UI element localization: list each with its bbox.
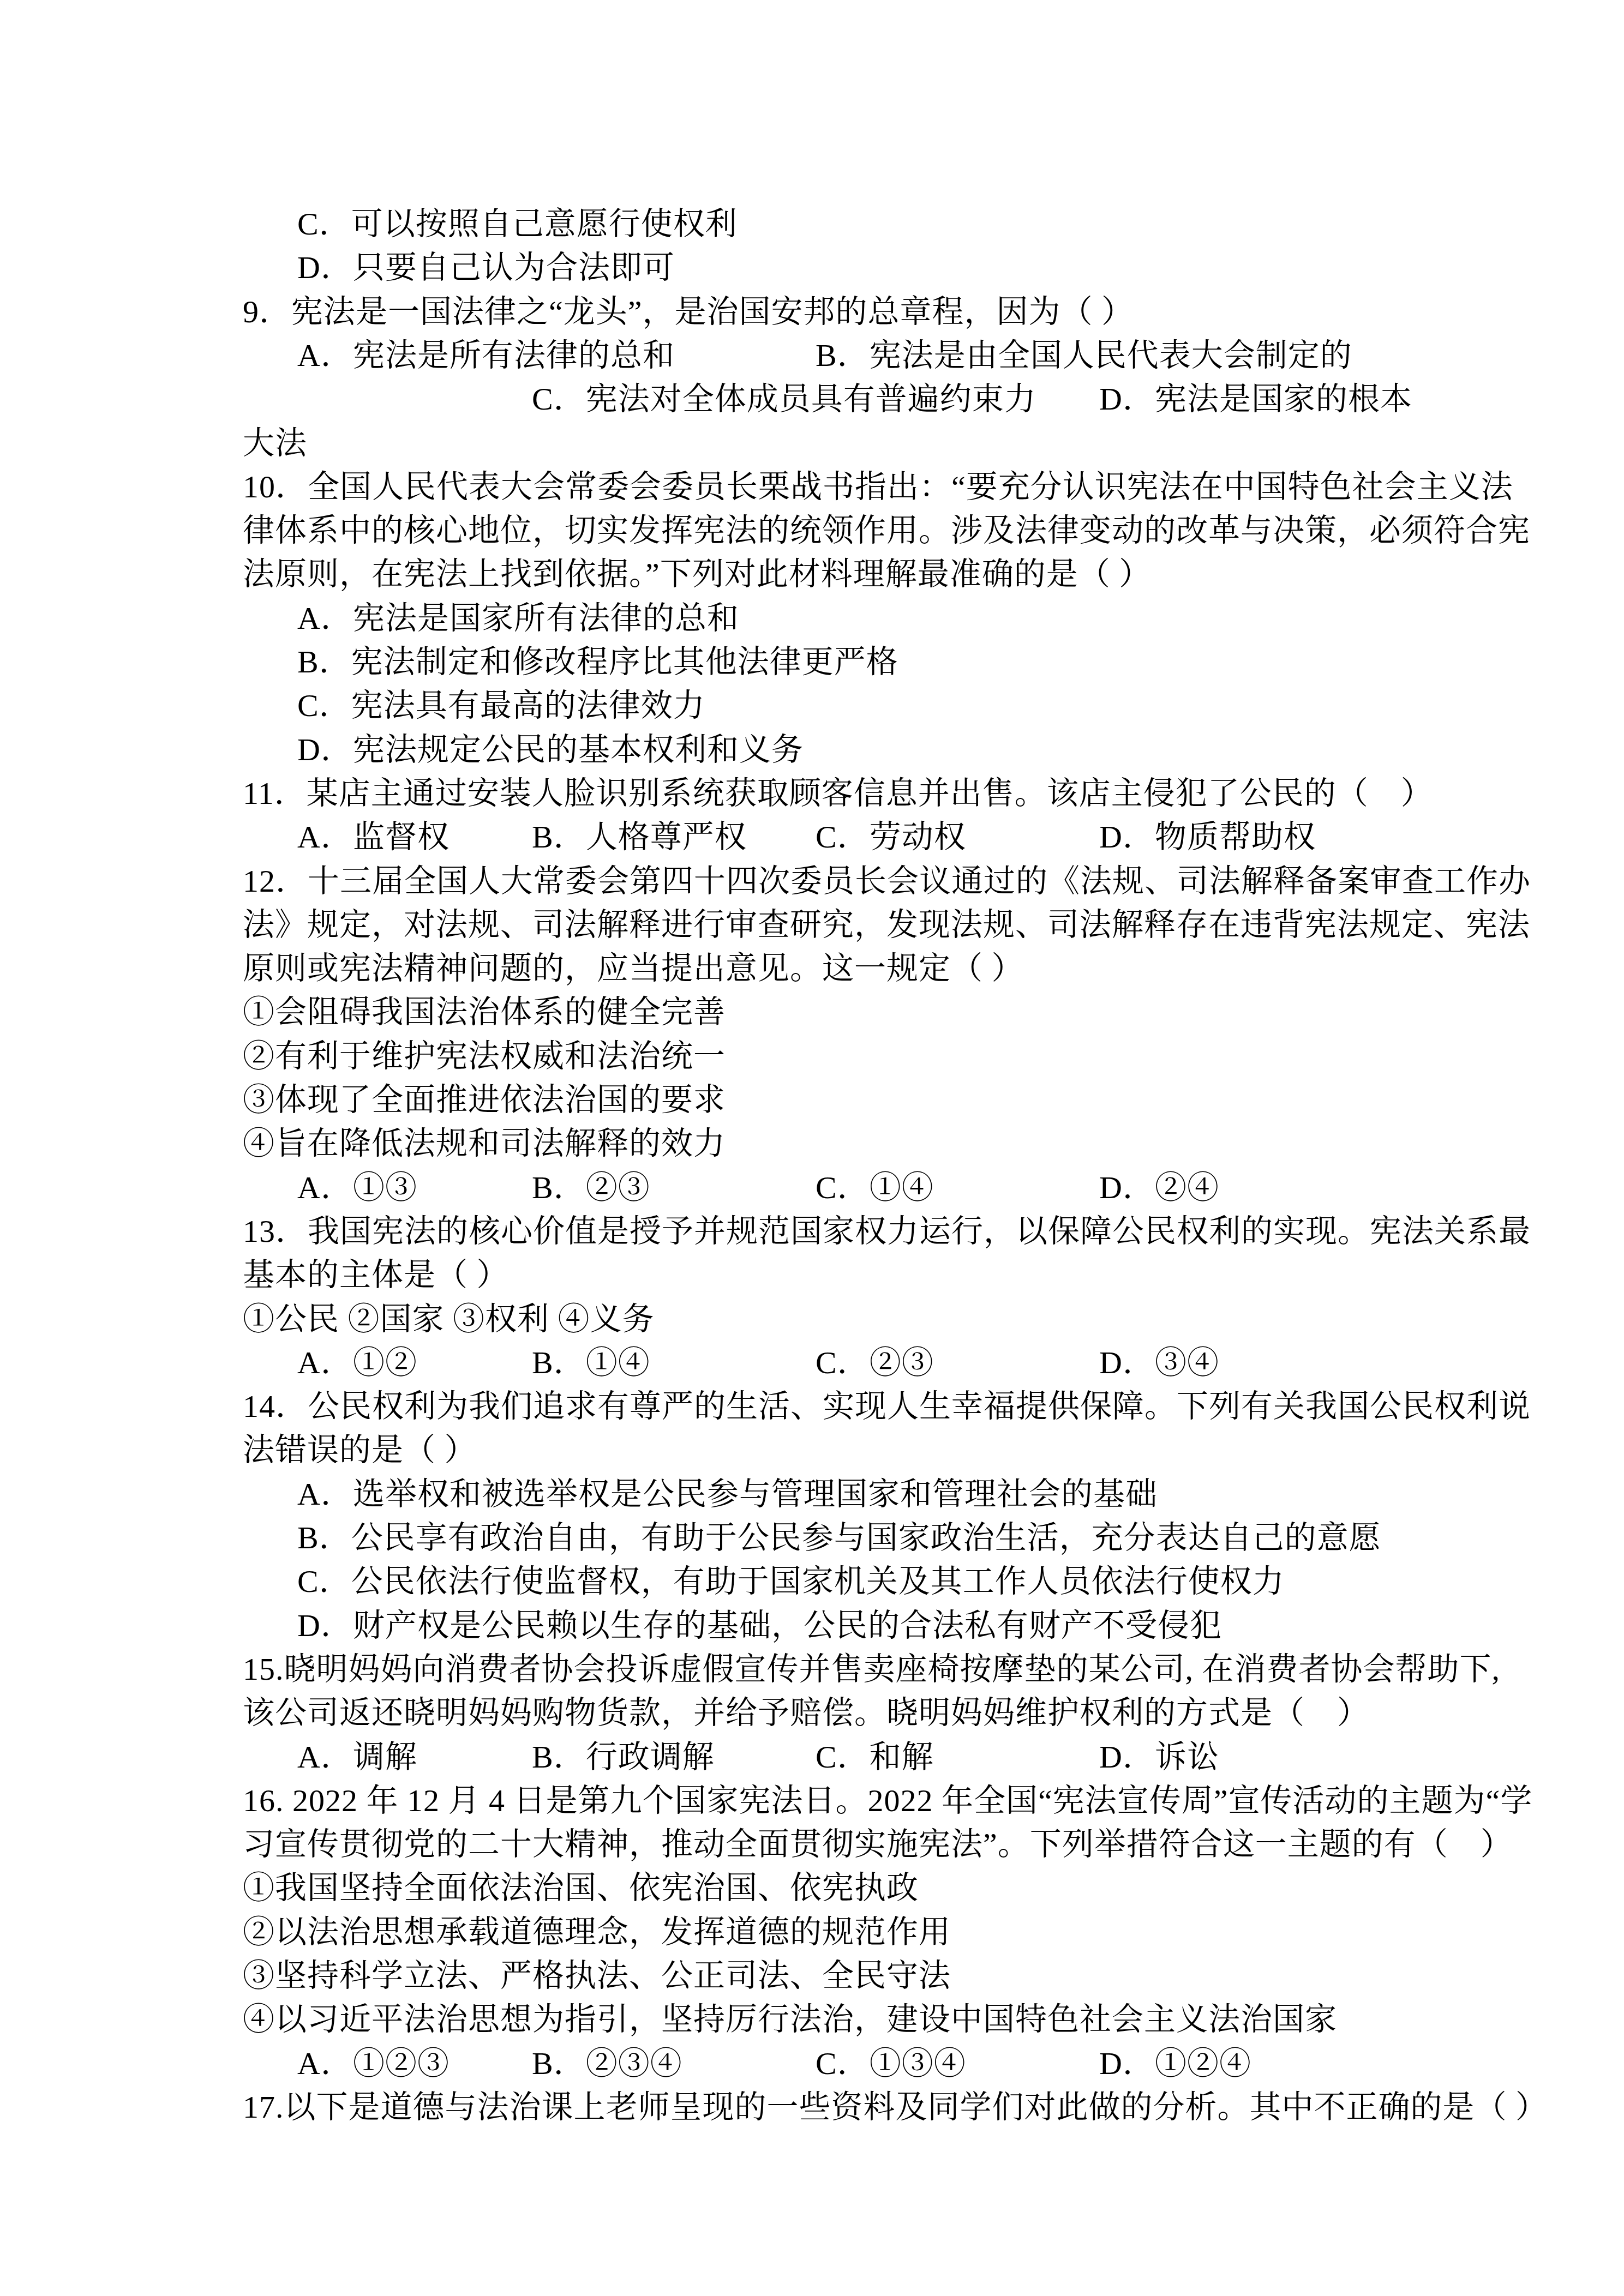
text-segment: ③坚持科学立法、严格执法、公正司法、全民守法 xyxy=(243,1954,951,1998)
text-segment: 习宣传贯彻党的二十大精神，推动全面贯彻实施宪法”。下列举措符合这一主题的有（ ） xyxy=(243,1822,1513,1866)
q8-option-d: D．只要自己认为合法即可 xyxy=(0,245,1624,290)
text-segment: 律体系中的核心地位，切实发挥宪法的统领作用。涉及法律变动的改革与决策，必须符合宪 xyxy=(243,508,1530,552)
q9-options-row-1: A．宪法是所有法律的总和B．宪法是由全国人民代表大会制定的 xyxy=(0,333,1624,377)
text-segment: C．②③ xyxy=(816,1341,934,1385)
document-page: C．可以按照自己意愿行使权利D．只要自己认为合法即可9．宪法是一国法律之“龙头”… xyxy=(0,0,1624,2296)
q11-options-row: A．监督权B．人格尊严权C．劳动权D．物质帮助权 xyxy=(0,815,1624,859)
text-segment: A．宪法是所有法律的总和 xyxy=(297,333,675,377)
text-segment: B．②③④ xyxy=(532,2041,682,2085)
text-segment: C．宪法对全体成员具有普遍约束力 xyxy=(532,377,1036,421)
q12-stem-line-2: 法》规定，对法规、司法解释进行审查研究，发现法规、司法解释存在违背宪法规定、宪法 xyxy=(0,903,1624,947)
text-segment: 12．十三届全国人大常委会第四十四次委员长会议通过的《法规、司法解释备案审查工作… xyxy=(243,859,1531,903)
text-segment: D．①②④ xyxy=(1099,2041,1251,2085)
q10-option-a: A．宪法是国家所有法律的总和 xyxy=(0,596,1624,640)
text-segment: ③体现了全面推进依法治国的要求 xyxy=(243,1078,726,1122)
q14-option-c: C．公民依法行使监督权，有助于国家机关及其工作人员依法行使权力 xyxy=(0,1559,1624,1603)
q12-options-row: A．①③B．②③C．①④D．②④ xyxy=(0,1165,1624,1210)
text-segment: D．财产权是公民赖以生存的基础，公民的合法私有财产不受侵犯 xyxy=(297,1603,1222,1648)
text-segment: D．诉讼 xyxy=(1099,1735,1219,1779)
q13-options-row: A．①②B．①④C．②③D．③④ xyxy=(0,1341,1624,1385)
q13-items-row: ①公民 ②国家 ③权利 ④义务 xyxy=(0,1297,1624,1341)
q12-stem-line-3: 原则或宪法精神问题的，应当提出意见。这一规定（ ） xyxy=(0,946,1624,990)
text-segment: C．劳动权 xyxy=(816,815,966,859)
text-segment: A．选举权和被选举权是公民参与管理国家和管理社会的基础 xyxy=(297,1472,1158,1516)
text-segment: C．可以按照自己意愿行使权利 xyxy=(297,202,738,246)
text-segment: 17.以下是道德与法治课上老师呈现的一些资料及同学们对此做的分析。其中不正确的是… xyxy=(243,2085,1548,2129)
text-segment: B．行政调解 xyxy=(532,1735,715,1779)
text-segment: 法错误的是（ ） xyxy=(243,1428,477,1472)
text-segment: B．宪法是由全国人民代表大会制定的 xyxy=(816,333,1352,377)
text-segment: A．①③ xyxy=(297,1165,417,1210)
q13-stem-line-2: 基本的主体是（ ） xyxy=(0,1253,1624,1297)
text-segment: B．公民享有政治自由，有助于公民参与国家政治生活，充分表达自己的意愿 xyxy=(297,1516,1381,1560)
q10-stem-line-1: 10．全国人民代表大会常委会委员长栗战书指出：“要充分认识宪法在中国特色社会主义… xyxy=(0,465,1624,509)
text-segment: ①我国坚持全面依法治国、依宪治国、依宪执政 xyxy=(243,1866,919,1910)
q10-option-d: D．宪法规定公民的基本权利和义务 xyxy=(0,728,1624,772)
text-segment: C．①③④ xyxy=(816,2041,966,2085)
text-segment: A．①② xyxy=(297,1341,417,1385)
text-segment: B．①④ xyxy=(532,1341,650,1385)
q9-stem: 9．宪法是一国法律之“龙头”，是治国安邦的总章程，因为（ ） xyxy=(0,290,1624,334)
text-segment: B．②③ xyxy=(532,1165,650,1210)
text-segment: B．宪法制定和修改程序比其他法律更严格 xyxy=(297,640,898,684)
q12-item-4: ④旨在降低法规和司法解释的效力 xyxy=(0,1121,1624,1165)
text-segment: 14．公民权利为我们追求有尊严的生活、实现人生幸福提供保障。下列有关我国公民权利… xyxy=(243,1384,1531,1428)
text-segment: 法》规定，对法规、司法解释进行审查研究，发现法规、司法解释存在违背宪法规定、宪法 xyxy=(243,903,1530,947)
q16-item-3: ③坚持科学立法、严格执法、公正司法、全民守法 xyxy=(0,1954,1624,1998)
text-segment: A．①②③ xyxy=(297,2041,450,2085)
text-segment: ①会阻碍我国法治体系的健全完善 xyxy=(243,990,726,1034)
q9-options-row-2: C．宪法对全体成员具有普遍约束力D．宪法是国家的根本 xyxy=(0,377,1624,421)
text-segment: D．宪法规定公民的基本权利和义务 xyxy=(297,728,804,772)
text-segment: A．宪法是国家所有法律的总和 xyxy=(297,596,739,640)
text-segment: 原则或宪法精神问题的，应当提出意见。这一规定（ ） xyxy=(243,946,1024,990)
q15-options-row: A．调解B．行政调解C．和解D．诉讼 xyxy=(0,1735,1624,1779)
text-segment: 10．全国人民代表大会常委会委员长栗战书指出：“要充分认识宪法在中国特色社会主义… xyxy=(243,465,1513,509)
q9-option-d-wrap: 大法 xyxy=(0,421,1624,465)
text-segment: 法原则，在宪法上找到依据。”下列对此材料理解最准确的是（ ） xyxy=(243,552,1151,596)
q10-option-b: B．宪法制定和修改程序比其他法律更严格 xyxy=(0,640,1624,684)
text-segment: ②有利于维护宪法权威和法治统一 xyxy=(243,1034,726,1078)
q13-stem-line-1: 13．我国宪法的核心价值是授予并规范国家权力运行，以保障公民权利的实现。宪法关系… xyxy=(0,1209,1624,1253)
text-segment: ④旨在降低法规和司法解释的效力 xyxy=(243,1121,726,1165)
q15-stem-line-1: 15.晓明妈妈向消费者协会投诉虚假宣传并售卖座椅按摩垫的某公司, 在消费者协会帮… xyxy=(0,1647,1624,1691)
q14-option-b: B．公民享有政治自由，有助于公民参与国家政治生活，充分表达自己的意愿 xyxy=(0,1516,1624,1560)
q14-stem-line-2: 法错误的是（ ） xyxy=(0,1428,1624,1472)
q14-option-a: A．选举权和被选举权是公民参与管理国家和管理社会的基础 xyxy=(0,1472,1624,1516)
q11-stem: 11．某店主通过安装人脸识别系统获取顾客信息并出售。该店主侵犯了公民的（ ） xyxy=(0,771,1624,815)
text-segment: B．人格尊严权 xyxy=(532,815,747,859)
q16-stem-line-2: 习宣传贯彻党的二十大精神，推动全面贯彻实施宪法”。下列举措符合这一主题的有（ ） xyxy=(0,1822,1624,1866)
q16-stem-line-1: 16. 2022 年 12 月 4 日是第九个国家宪法日。2022 年全国“宪法… xyxy=(0,1778,1624,1823)
text-segment: D．宪法是国家的根本 xyxy=(1099,377,1412,421)
q10-stem-line-3: 法原则，在宪法上找到依据。”下列对此材料理解最准确的是（ ） xyxy=(0,552,1624,596)
text-segment: 大法 xyxy=(243,421,307,465)
text-segment: 13．我国宪法的核心价值是授予并规范国家权力运行，以保障公民权利的实现。宪法关系… xyxy=(243,1209,1531,1253)
text-segment: D．③④ xyxy=(1099,1341,1219,1385)
text-segment: D．②④ xyxy=(1099,1165,1219,1210)
q16-item-2: ②以法治思想承载道德理念，发挥道德的规范作用 xyxy=(0,1910,1624,1954)
q17-stem: 17.以下是道德与法治课上老师呈现的一些资料及同学们对此做的分析。其中不正确的是… xyxy=(0,2085,1624,2129)
text-segment: ②以法治思想承载道德理念，发挥道德的规范作用 xyxy=(243,1910,951,1954)
q12-item-1: ①会阻碍我国法治体系的健全完善 xyxy=(0,990,1624,1034)
q8-option-c: C．可以按照自己意愿行使权利 xyxy=(0,202,1624,246)
text-segment: 15.晓明妈妈向消费者协会投诉虚假宣传并售卖座椅按摩垫的某公司, 在消费者协会帮… xyxy=(243,1647,1500,1691)
q16-item-1: ①我国坚持全面依法治国、依宪治国、依宪执政 xyxy=(0,1866,1624,1910)
q10-stem-line-2: 律体系中的核心地位，切实发挥宪法的统领作用。涉及法律变动的改革与决策，必须符合宪 xyxy=(0,508,1624,552)
q12-item-3: ③体现了全面推进依法治国的要求 xyxy=(0,1078,1624,1122)
text-segment: C．宪法具有最高的法律效力 xyxy=(297,683,705,728)
text-segment: A．监督权 xyxy=(297,815,450,859)
text-segment: A．调解 xyxy=(297,1735,417,1779)
text-segment: 9．宪法是一国法律之“龙头”，是治国安邦的总章程，因为（ ） xyxy=(243,290,1134,334)
q15-stem-line-2: 该公司返还晓明妈妈购物货款，并给予赔偿。晓明妈妈维护权利的方式是（ ） xyxy=(0,1691,1624,1735)
text-segment: 16. 2022 年 12 月 4 日是第九个国家宪法日。2022 年全国“宪法… xyxy=(243,1778,1532,1823)
q16-item-4: ④以习近平法治思想为指引，坚持厉行法治，建设中国特色社会主义法治国家 xyxy=(0,1997,1624,2041)
q10-option-c: C．宪法具有最高的法律效力 xyxy=(0,683,1624,728)
text-segment: 基本的主体是（ ） xyxy=(243,1253,509,1297)
q17-options-row-of-q16: A．①②③B．②③④C．①③④D．①②④ xyxy=(0,2041,1624,2085)
text-segment: D．只要自己认为合法即可 xyxy=(297,245,675,290)
text-segment: ④以习近平法治思想为指引，坚持厉行法治，建设中国特色社会主义法治国家 xyxy=(243,1997,1337,2041)
q14-option-d: D．财产权是公民赖以生存的基础，公民的合法私有财产不受侵犯 xyxy=(0,1603,1624,1648)
text-segment: C．公民依法行使监督权，有助于国家机关及其工作人员依法行使权力 xyxy=(297,1559,1285,1603)
text-segment: C．和解 xyxy=(816,1735,934,1779)
text-segment: 11．某店主通过安装人脸识别系统获取顾客信息并出售。该店主侵犯了公民的（ ） xyxy=(243,771,1433,815)
q12-item-2: ②有利于维护宪法权威和法治统一 xyxy=(0,1034,1624,1078)
q12-stem-line-1: 12．十三届全国人大常委会第四十四次委员长会议通过的《法规、司法解释备案审查工作… xyxy=(0,859,1624,903)
text-segment: C．①④ xyxy=(816,1165,934,1210)
text-segment: D．物质帮助权 xyxy=(1099,815,1316,859)
q14-stem-line-1: 14．公民权利为我们追求有尊严的生活、实现人生幸福提供保障。下列有关我国公民权利… xyxy=(0,1384,1624,1428)
text-segment: 该公司返还晓明妈妈购物货款，并给予赔偿。晓明妈妈维护权利的方式是（ ） xyxy=(243,1691,1369,1735)
text-segment: ①公民 ②国家 ③权利 ④义务 xyxy=(243,1297,655,1341)
